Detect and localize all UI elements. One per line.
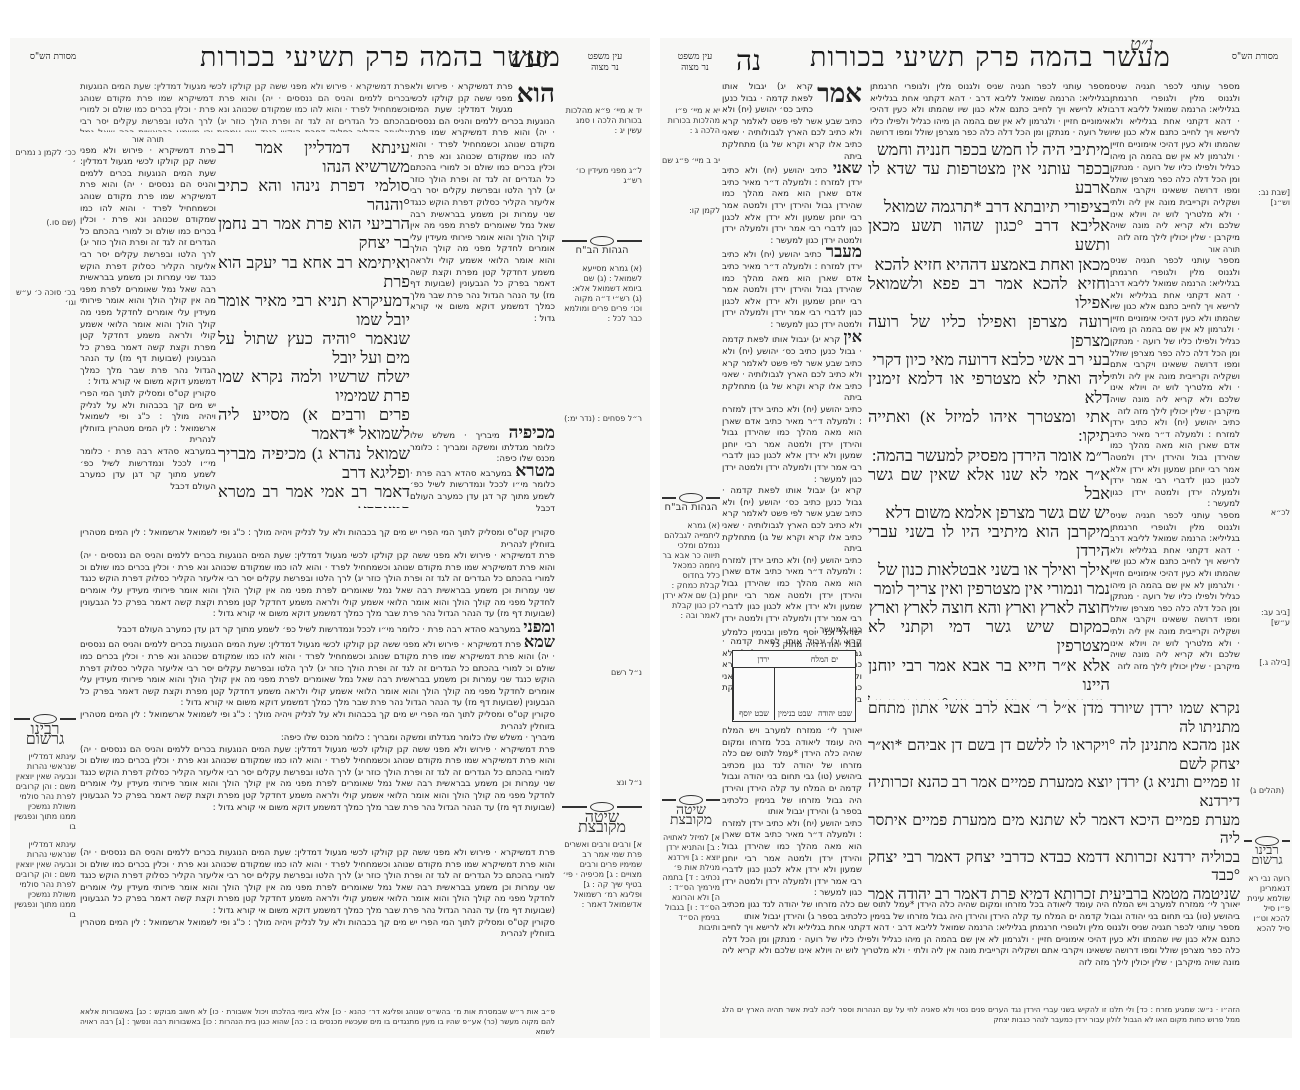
gemara-line: חוצה לארץ וארץ והא חוצה לארץ וארץ [868, 598, 1110, 617]
gloss-shema: שמא [524, 632, 555, 651]
commentary-below-diagram-text-2: כתיב יהושע (יח) ולא כתיב ירדן למזרח : ול… [722, 819, 862, 896]
gemara-line: נקרא שמו ירדן שיורד מדן א״ל ר׳ אבא לרב א… [868, 700, 1240, 737]
gemara-line: דאמר רב אמי אמר רב מטרא במערבא [218, 482, 410, 508]
margin-note: לקמן קו: [662, 206, 720, 216]
tosafot-text-3: כתיב יהושע (יח) ולא כתיב ירדן למזרח : ול… [1110, 418, 1240, 511]
gemara-line: אילך ואילך או בשני אבטלאות כנון של [868, 560, 1110, 579]
margin-note: [שבת נב: וש״נ] [1244, 188, 1290, 208]
tosafot-bottom: יאורך לי׳ ממזרח למערב ויש המלח היה עומד … [722, 900, 1240, 996]
gemara-line: סולמי דפרת נינהו והא כתיב °והנהר [218, 176, 410, 214]
gemara-line: שנאמר °והיה כעץ שתול על מים ועל יובל [218, 329, 410, 367]
margin-note: יב ב מיי׳ פ״ג שם [662, 156, 720, 166]
rashi-dibur-hamatchil: אמר [817, 82, 862, 106]
hagahot-habach-label: הגהות הב"ח [662, 503, 720, 513]
diagram-top-row: ים המלח ירדן [733, 651, 855, 668]
margin-note: [בילה ג.] [1244, 658, 1290, 668]
gemara-line: זו פמיים ותניא ג) ירדן יוצא ממערת פמיים … [868, 774, 1240, 811]
gloss-mekhipha: מכיפיה [509, 428, 555, 443]
rashi-text: פרת דמשיקרא · פירוש ולא מפני ששה קנן קול… [410, 82, 555, 325]
tosafot-text-4: מספר עותני לכפר חגניה שניס ולגנוס מלין ו… [1110, 511, 1240, 673]
running-title: מעשר בהמה פרק תשיעי בכורות [810, 42, 1171, 73]
tosafot-lower-text-7: פרת דמשיקרא · פירוש ולא מפני ששה קנן קול… [80, 745, 555, 815]
tosafot-lower-text: סקורין קט"ס ומסליק לתוך המי הפרי יש מים … [80, 528, 555, 551]
rabbenu-gershom-label: רבינו גרשום [14, 724, 76, 744]
gemara-line: אתי ומצטרך איהו למיזל א) ואתייה תיקו: [868, 407, 1110, 445]
commentary-below-diagram-text: יאורך לי׳ ממזרח למערב ויש המלח היה עומד … [722, 726, 862, 819]
gemara-line: פרים ורבים א) מסייע ליה לשמואל *דאמר [218, 405, 410, 443]
gloss-mitra: מטרא [515, 461, 555, 481]
rashi-text-4: קרא יג) יגבול אותו לפאת קדמה · גבול כנען… [722, 335, 862, 403]
left-page: מסורת הש"ס מעשר בהמה פרק תשיעי בכורות 11… [10, 38, 650, 1038]
diagram-caption-text: ישראל וכני יוסף מלפון ובנימין כלמלע וגבו… [722, 628, 862, 650]
tosafot-top: מספר עותני לכפר חגניה שניס ולגנוס מלין ו… [870, 82, 1110, 138]
rashi-continued: מכיפיה מיבריך · משלש שלו כלומר מגדלתו ומ… [410, 428, 555, 528]
folio-number: נה [736, 44, 761, 78]
rashi-text-6: קרא יג) יגבול אותו לפאת קדמה · גבול כנען… [722, 486, 862, 556]
diagram-cell-judah: שבט יהודה [815, 668, 855, 720]
tosafot-lower: סקורין קט"ס ומסליק לתוך המי הפרי יש מים … [80, 528, 555, 848]
commentary-below-diagram: יאורך לי׳ ממזרח למערב ויש המלח היה עומד … [722, 726, 862, 896]
ein-mishpat-margin: יא א מיי׳ פ״ו מהלכות בכורות הלכה ג : יב … [662, 98, 720, 498]
mesoret-hashas-label: מסורת הש"ס [18, 52, 88, 63]
margin-note: בכ׳ סוכה כ׳ ע״ש וגו׳ [14, 288, 76, 308]
gloss-maavar: מעבר [826, 242, 862, 262]
ref-note: (תהלים ג) [1244, 786, 1290, 796]
gemara-line: אלא א״ר חייא בר אבא אמר רבי יוחנן היינו [868, 656, 1110, 694]
gemara-line: רועה מצרפן ואפילו כליו של רועה מצרפן [868, 312, 1110, 350]
shita-mekubetzet-text: א] למיזל לאתויה : ב] והתניא ירדן יוצא : … [662, 833, 720, 933]
tosafot-text-top: מספר עותני לכפר חגניה שניס ולגנוס מלין ו… [870, 82, 1110, 138]
rashi-text-2: כתיב יהושע (יח) ולא כתיב ירדן למזרח : ול… [722, 166, 862, 246]
gemara-line: ואיתימא רב אחא בר יעקב הוא פרת [218, 253, 410, 291]
diagram-cell-dead-sea: ים המלח [794, 655, 855, 664]
margin-note: (שם סו.) [14, 218, 76, 228]
ein-mishpat-label: עין משפט נר מצוה [570, 52, 640, 74]
gemara-line: א״ר אמי לא שנו אלא שאין שם גשר אבל [868, 465, 1110, 503]
gemara-line: הרביעי הוא פרת אמר רב נחמן בר יצחק [218, 214, 410, 252]
diagram-caption: ישראל וכני יוסף מלפון ובנימין כלמלע וגבו… [722, 628, 862, 650]
footer-notes-text: פ״ב אות ר״ש שבמסרת אות מ׳ בהש״ס שנוהג ופ… [80, 1007, 555, 1034]
tosafot-text-cont-2: במערבא סהדא רבה פרת · כלומר מי״ו לככל ונ… [80, 447, 216, 493]
rabbenu-gershom-text: רועה נבי רא דגאמרינן שולמא עינית פ״ו סיל… [1244, 874, 1290, 934]
tosafot-bottom-text: יאורך לי׳ ממזרח למערב ויש המלח היה עומד … [722, 900, 1240, 923]
rashi-text-5: כתיב יהושע (יח) ולא כתיב ירדן למזרח : ול… [722, 405, 862, 486]
margin-note: לכ״א [1244, 508, 1290, 518]
tosafot-lower-text-2: פרת דמשיקרא · פירוש ולא מפני ששה קנן קול… [80, 551, 555, 621]
gemara-line: שניטמה מטמא ברביעית זכרותא דמיא פרת דאמר… [868, 886, 1240, 900]
margin-note: ל״ג מפני מעידין כו׳ רש״ג [562, 166, 642, 186]
margin-note: ר״ל פסחים : (נדר ימ:) [562, 414, 642, 424]
rabbenu-gershom-text: עינתא דמדליין שנראשי נהרות ונבעיה שאין י… [14, 752, 76, 832]
gemara-main-text: מיתיבי היה לו חמש בכפר חנניה וחמש בכפר ע… [868, 140, 1110, 700]
rabbenu-gershom-text-2: עינתא דמדליין שנראשי נהרות ונבעיה שאין י… [14, 840, 76, 920]
gemara-main-text: עינתא דמדליין אמר רב משרשיא הנהו סולמי ד… [218, 138, 410, 508]
shita-mekubetzet-area: נ״ל רשם נ״ל ונצ שיטה מקובצת א] ורבים ורב… [562, 658, 642, 978]
shita-mekubetzet-label: שיטה מקובצת [662, 805, 720, 825]
margin-note: יד א מיי׳ פ״א מהלכות בכורות הלכה ו סמג ע… [562, 106, 642, 136]
gloss-ein: אין [843, 327, 862, 346]
hagahot-habach-text: (א) גמרא ליתמייה לגבלהם ננמלם ומלכי תיוו… [662, 521, 720, 621]
margin-note: יא א מיי׳ פ״ו מהלכות בכורות הלכה ג : [662, 106, 720, 136]
hagahot-habach-text: (א) גמרא מסייעא לשמואל : (ג) שם ביומא דש… [562, 264, 642, 324]
gemara-line: מכאן ואחת באמצע דההיא חזיא להכא [868, 255, 1110, 274]
torah-or-label: תורה אור [80, 134, 216, 146]
shita-mekubetzet-text: א] ורבים ורבים ואשרים פרת שמי אמר רב שמי… [562, 840, 642, 910]
gemara-line: עינתא דמדליין אמר רב משרשיא הנהו [218, 138, 410, 176]
footer-notes-text: הזה״ו · נ״ש: שמגיע מזרח : כד] ולי תלנו ז… [722, 1005, 1240, 1024]
tribal-boundary-diagram: ים המלח ירדן שבט יהודה שבט בנימין שבט יו… [732, 650, 856, 722]
right-page: עין משפט נר מצוה נה מעשר בהמה פרק תשיעי … [660, 38, 1292, 1038]
tosafot-bottom-text-2: סקורין קט"ס ומסליק לתוך המי הפרי יש מים … [80, 918, 555, 941]
tosafot-top: פרת דמשיקרא · פירוש ולא מפני ששה קנן קול… [80, 82, 410, 132]
rashi-text-7: כתיב יהושע (יח) ולא כתיב ירדן למזרח : ול… [722, 556, 862, 637]
footer-notes: הזה״ו · נ״ש: שמגיע מזרח : כד] ולי תלנו ז… [722, 998, 1240, 1034]
page-number: 110 [510, 48, 548, 72]
diagram-cell-joseph: שבט יוסף [733, 668, 774, 720]
gemara-line: בכוליה ירדנא זכרותא דדמא כבדא כדרבי יצחק… [868, 849, 1240, 886]
margin-note: נ״ל רשם [562, 668, 642, 678]
tosafot-bottom-text: פרת דמשיקרא · פירוש ולא מפני ששה קנן קול… [80, 848, 555, 918]
tosafot-lower-text-5: סקורין קט"ס ומסליק לתוך המי הפרי יש מים … [80, 710, 555, 733]
margin-note: [ביב עב: ע״ש] [1244, 608, 1290, 628]
mesoret-hashas-margin: ככ׳ לקמן נ נמרים ׳ (שם סו.) בכ׳ סוכה כ׳ … [14, 138, 76, 698]
gemara-continuation: נקרא שמו ירדן שיורד מדן א״ל ר׳ אבא לרב א… [868, 700, 1240, 900]
tosafot-lower-text-6: מיבריך · משלש שלו כלומר מגדלתו ומשקה ומב… [80, 733, 555, 745]
margin-note: ככ׳ לקמן נ נמרים ׳ [14, 148, 76, 168]
running-title: מעשר בהמה פרק תשיעי בכורות [200, 42, 561, 73]
gemara-line: מיתיבי היה לו חמש בכפר חנניה וחמש [868, 140, 1110, 159]
right-page-header: עין משפט נר מצוה נה מעשר בהמה פרק תשיעי … [660, 38, 1292, 82]
gemara-line: ליה ואתי לא מצטרפי או דלמא זימנין דלא [868, 369, 1110, 407]
gemara-line: בציפורי תיובתא דרב *תרגמה שמואל [868, 197, 1110, 216]
diagram-cell-benjamin: שבט בנימין [774, 668, 815, 720]
gemara-line: ר״מ אומר הירדן מפסיק למעשר בהמה: [868, 446, 1110, 465]
mesoret-hashas-label: מסורת הש"ס [1220, 52, 1290, 63]
margin-note: נ״ל ונצ [562, 778, 642, 788]
gemara-line: בכפר עותני אין מצטרפות עד שדא לו ארבע [868, 159, 1110, 197]
gemara-line: כמקום שיש גשר דמי וקתני לא מצטרפין [868, 617, 1110, 655]
shita-mekubetzet-label: שיטה מקובצת [562, 812, 642, 832]
gemara-line: מערת פמיים היכא דאמר לא שתנא מים ממערת פ… [868, 812, 1240, 849]
hagahot-habach-area: הגהות הב"ח (א) גמרא ליתמייה לגבלהם ננמלם… [662, 493, 720, 623]
hagahot-habach-label: הגהות הב"ח [562, 246, 642, 256]
tosafot-text: פרת דמשיקרא · פירוש ולא מפני ששה קנן קול… [80, 146, 216, 389]
ein-mishpat-label: עין משפט נר מצוה [664, 52, 726, 74]
rashi-text-3: כתיב יהושע (יח) ולא כתיב ירדן למזרח : ול… [722, 250, 862, 330]
rashi-commentary: הוא פרת דמשיקרא · פירוש ולא מפני ששה קנן… [410, 82, 555, 422]
gemara-line: מיקרבן הוא מיתיבי היו לו בשני עברי הירדן [868, 522, 1110, 560]
tosafot-text: מספר עותני לכפר חגניה שניס ולגנוס מלין ו… [1110, 82, 1240, 244]
gemara-line: יש שם גשר מצרפן אלמא משום דלא [868, 503, 1110, 522]
shita-mekubetzet-area: שיטה מקובצת א] למיזל לאתויה : ב] והתניא … [662, 783, 720, 983]
footer-notes: פ״ב אות ר״ש שבמסרת אות מ׳ בהש״ס שנוהג ופ… [80, 1000, 555, 1034]
rabbenu-gershom-label: רבינו גרשום [1244, 846, 1290, 866]
tosafot-text-2: מספר עותני לכפר חגניה שניס ולגנוס מלין ו… [1110, 256, 1240, 418]
rashi-dibur-hamatchil: הוא [517, 82, 555, 106]
tosafot-text-cont: סקורין קט"ס ומסליק לתוך המי הפרי יש מים … [80, 389, 216, 447]
tosafot-commentary: מספר עותני לכפר חגניה שניס ולגנוס מלין ו… [1110, 82, 1240, 742]
diagram-bottom-row: שבט יהודה שבט בנימין שבט יוסף [733, 668, 855, 720]
rabbenu-gershom-area: (תהלים ג) רבינו גרשום רועה נבי רא דגאמרי… [1244, 778, 1290, 978]
gemara-line: שמואל נהרא ג) מכיפיה מבריך ופליגא דרב [218, 444, 410, 482]
gemara-line: אנן מהכא מתנינן לה °ויקראו לו ללשם דן בש… [868, 737, 1240, 774]
gemara-line: אליבא דרב °כגון שהוו תשע מכאן ותשע [868, 216, 1110, 254]
diagram-cell-jordan: ירדן [733, 655, 794, 664]
tosafot-lower-text-3: במערבא סהדא רבה פרת · כלומר מי״ו לככל ונ… [117, 625, 520, 635]
torah-or-label: תורה אור [1110, 244, 1240, 256]
mesoret-hashas-margin: [שבת נב: וש״נ] לכ״א [ביב עב: ע״ש] [בילה … [1244, 98, 1290, 778]
handwritten-note: נ״ט [1130, 34, 1154, 55]
gemara-line: וחזיא להכא אמר רב פפא ולשמואל אפילו [868, 274, 1110, 312]
gemara-line: נמר ונמורי אין מצטרפין ואין צריך לומר [868, 579, 1110, 598]
tosafot-bottom-text-2: מספר עותני לכפר חגניה שניס ולגנוס מלין ו… [722, 923, 1240, 969]
rabbenu-gershom-area: רבינו גרשום עינתא דמדליין שנראשי נהרות ו… [14, 678, 76, 978]
gloss-she-ani: שאני [833, 159, 862, 177]
left-page-header: מסורת הש"ס מעשר בהמה פרק תשיעי בכורות 11… [10, 38, 650, 82]
gemara-line: דמעיקרא תניא רבי מאיר אומר יובל שמו [218, 291, 410, 329]
gemara-line: בעי רב אשי כלבא דרועה מאי כיון דקרי [868, 350, 1110, 369]
tosafot-lower-text-4: פרת דמשיקרא · פירוש ולא מפני ששה קנן קול… [80, 640, 555, 708]
tosafot-bottom: פרת דמשיקרא · פירוש ולא מפני ששה קנן קול… [80, 848, 555, 998]
gemara-line: ישלח שרשיו ולמה נקרא שמו פרת שמימיו [218, 367, 410, 405]
tosafot-text-top: פרת דמשיקרא · פירוש ולא מפני ששה קנן קול… [80, 82, 410, 132]
ein-mishpat-margin: יד א מיי׳ פ״א מהלכות בכורות הלכה ו סמג ע… [562, 98, 642, 598]
